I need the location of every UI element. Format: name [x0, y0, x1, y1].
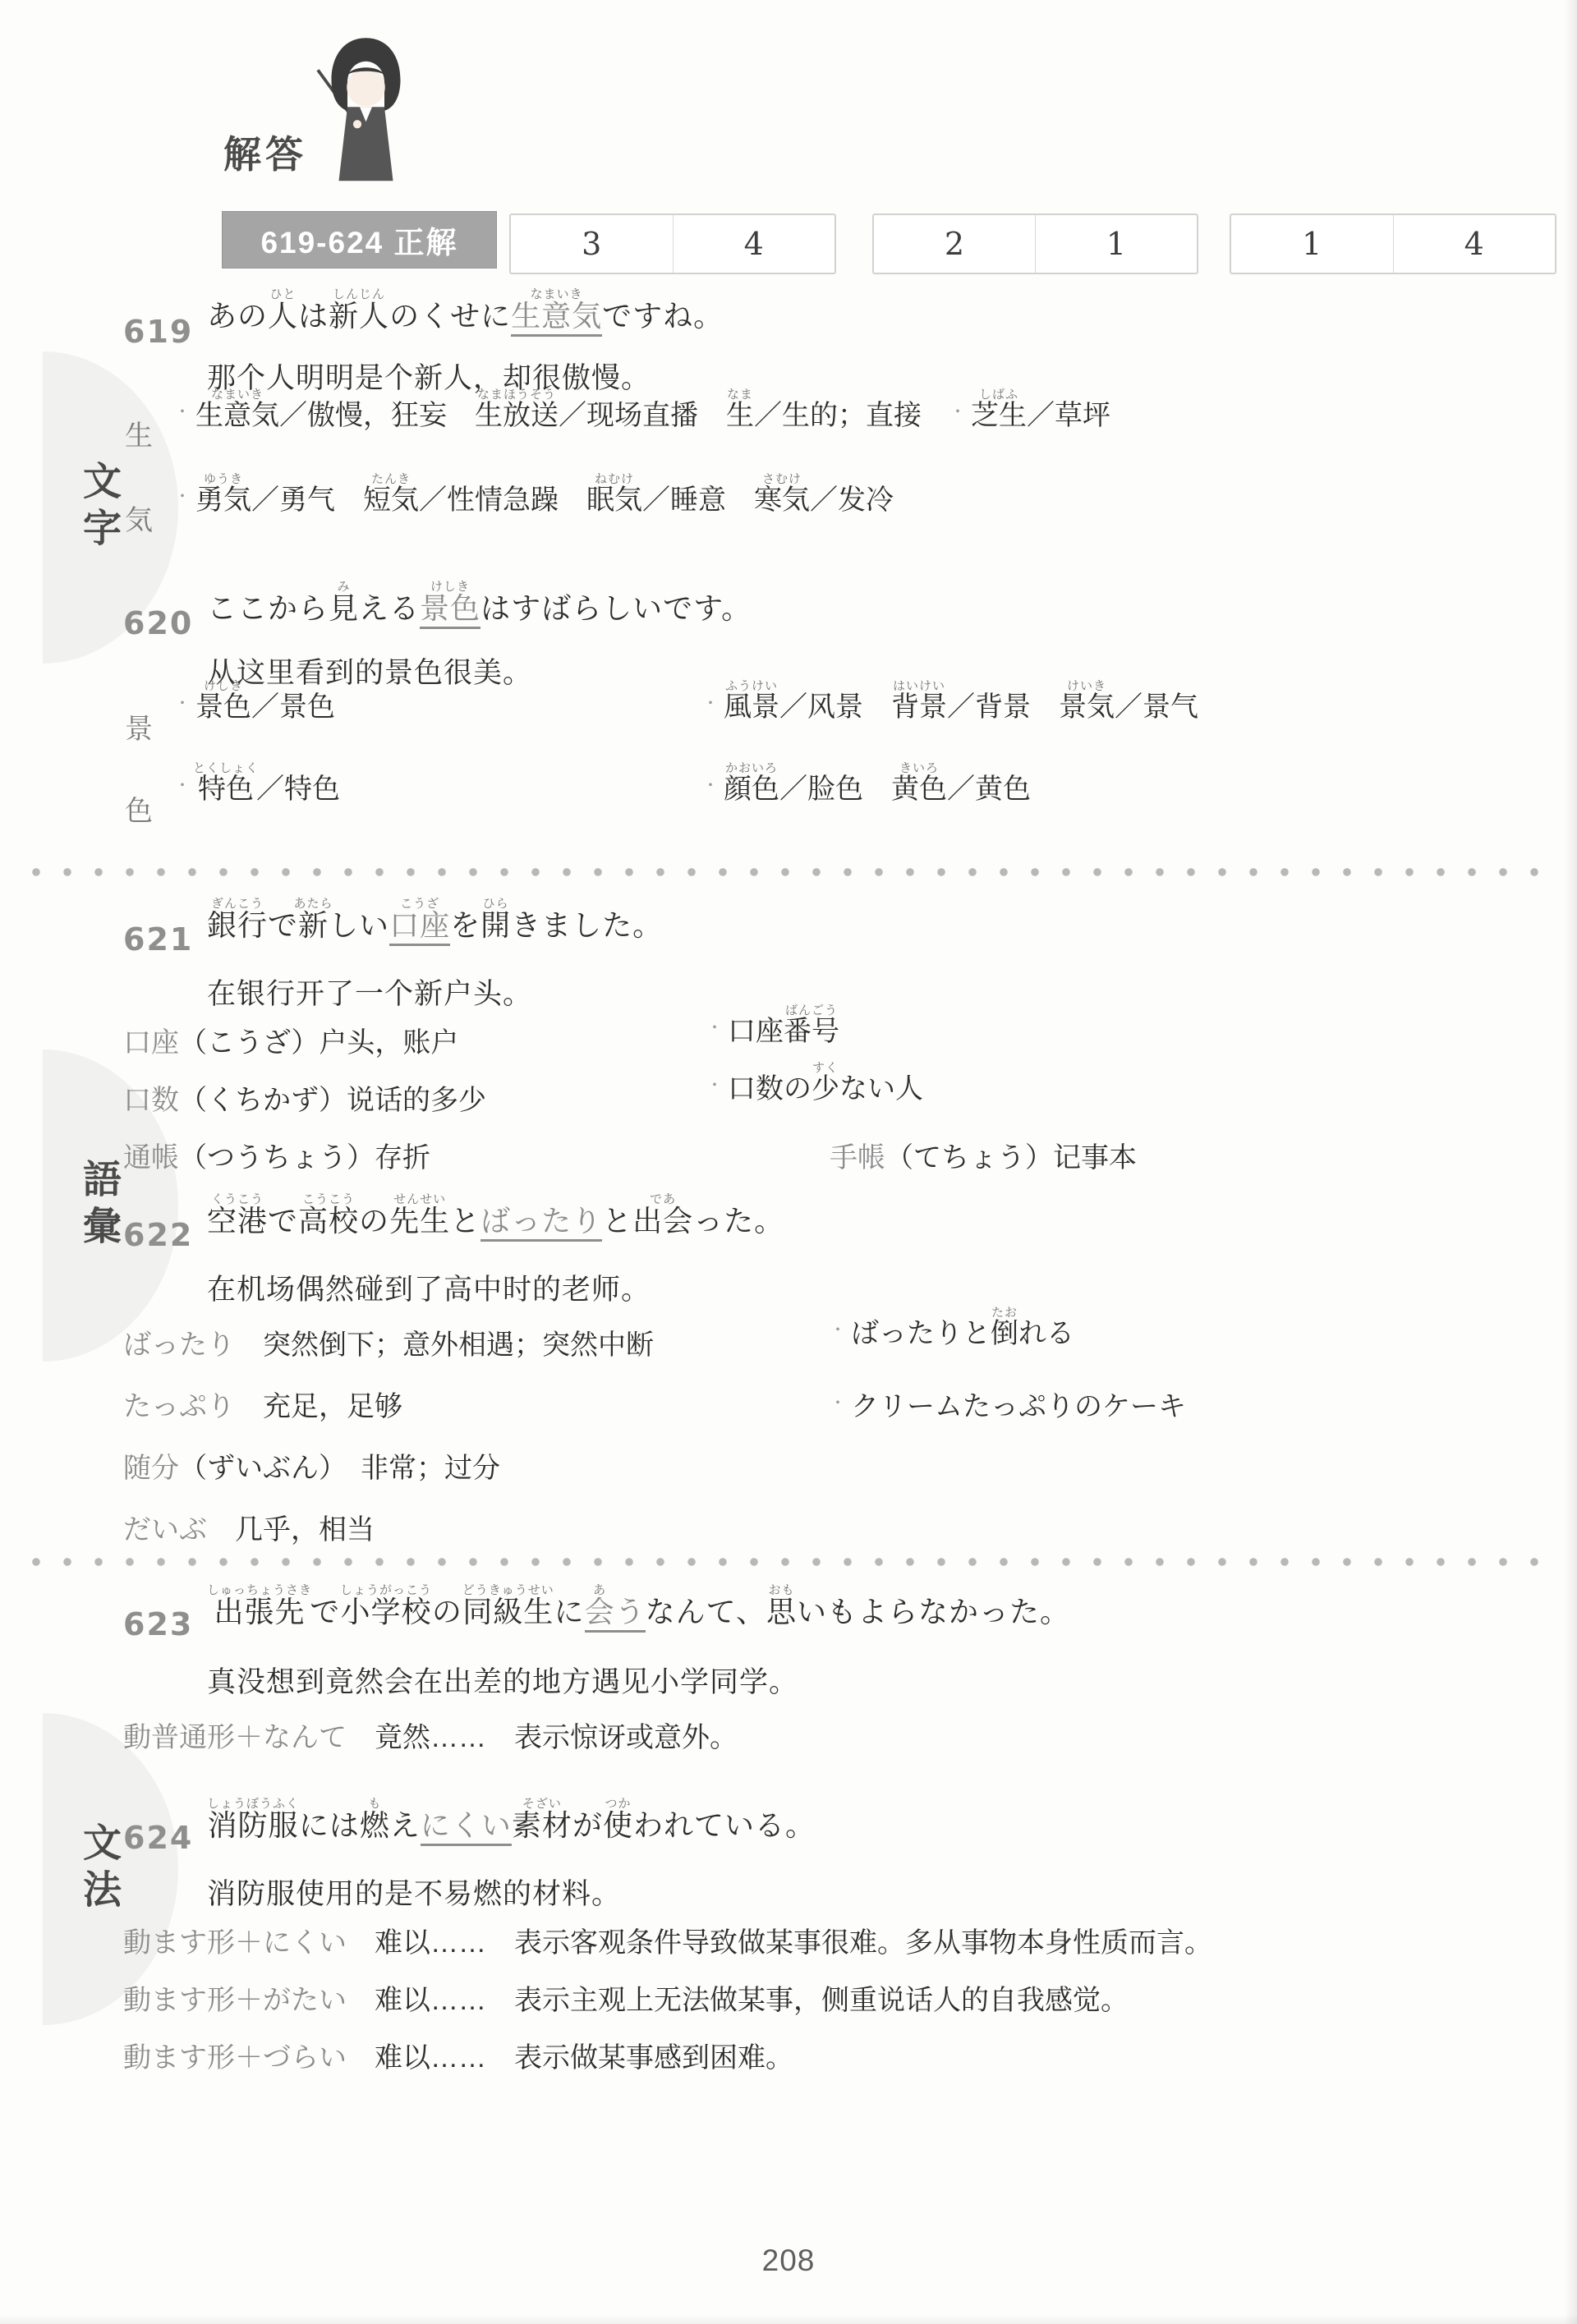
question-sentence: ここから見みえる景色けしきはすばらしいです。: [207, 580, 752, 626]
grammar-line: 動ます形＋にくい 难以…… 表示客观条件导致做某事很难。多从事物本身性质而言。: [123, 1927, 1212, 1960]
question-sentence: 銀行ぎんこうで新あたらしい口座こうざを開ひらきました。: [207, 897, 663, 943]
vocab-line: ・顔色かおいろ／脸色 黄色きいろ／黄色: [702, 761, 1031, 806]
question-number: 620: [123, 605, 193, 641]
vocab-line: 口座（こうざ）户头，账户: [123, 1027, 458, 1060]
answer-cell: 2: [874, 215, 1035, 273]
question-number: 622: [123, 1217, 193, 1253]
question-translation: 在银行开了一个新户头。: [207, 977, 532, 1012]
vocab-line: ・勇気ゆうき／勇气 短気たんき／性情急躁 眠気ねむけ／睡意 寒気さむけ／发冷: [174, 472, 894, 517]
question-number: 624: [123, 1820, 193, 1856]
answer-cell: 3: [511, 215, 673, 273]
grammar-line: 動ます形＋がたい 难以…… 表示主观上无法做某事，侧重说话人的自我感觉。: [123, 1984, 1129, 2018]
question-sentence: 消防服しょうぼうふくには燃もえにくい素材そざいが使つかわれている。: [207, 1797, 816, 1843]
vocab-line: 随分（ずいぶん） 非常；过分: [123, 1452, 500, 1486]
answer-cell: 1: [1035, 215, 1197, 273]
vocab-example: 手帳（てちょう）记事本: [830, 1141, 1137, 1175]
page-number: 208: [0, 2244, 1577, 2278]
teacher-avatar-icon: [310, 33, 421, 182]
sidebar-tab-bunpou: 文法: [43, 1713, 178, 2025]
question-translation: 在机场偶然碰到了高中时的老师。: [207, 1273, 651, 1307]
vocab-row-head: 生: [125, 413, 153, 453]
question-sentence: あの人ひとは新人しんじんのくせに生意気なまいきですね。: [207, 287, 724, 333]
answer-cell: 4: [673, 215, 835, 273]
question-sentence: 出張先しゅっちょうさきで小学校しょうがっこうの同級生どうきゅうせいに会あうなんて…: [207, 1583, 1070, 1629]
answer-cell: 1: [1231, 215, 1393, 273]
page-edge-shadow: [0, 2314, 1577, 2324]
answer-box-pair: 1 4: [1230, 214, 1556, 274]
grammar-line: 動ます形＋づらい 难以…… 表示做某事感到困难。: [123, 2042, 793, 2075]
vocab-example: ・口座番号ばんごう: [706, 1004, 839, 1049]
vocab-line: たっぷり 充足，足够: [123, 1390, 402, 1424]
question-translation: 消防服使用的是不易燃的材料。: [207, 1877, 621, 1912]
question-number: 619: [123, 314, 193, 350]
dotted-separator: [31, 867, 1549, 877]
answer-cell: 4: [1393, 215, 1556, 273]
vocab-example: ・クリームたっぷりのケーキ: [830, 1390, 1186, 1424]
sidebar-tab-label: 文字: [72, 461, 127, 554]
textbook-answer-page: 文字 語彙 文法 解答 619-624 正解 3 4 2 1 1 4 619 あ…: [0, 0, 1577, 2324]
answer-range-label: 619-624 正解: [222, 211, 497, 269]
answer-section-title: 解答: [223, 125, 307, 179]
answer-box-pair: 3 4: [509, 214, 836, 274]
vocab-line: ばったり 突然倒下；意外相遇；突然中断: [123, 1329, 654, 1362]
vocab-line: だいぶ 几乎，相当: [123, 1513, 375, 1547]
answer-box-pair: 2 1: [872, 214, 1198, 274]
page-edge-shadow: [1564, 0, 1577, 2324]
question-translation: 真没想到竟然会在出差的地方遇见小学同学。: [207, 1665, 798, 1700]
vocab-row-head: 景: [125, 706, 153, 746]
dotted-separator: [31, 1557, 1549, 1567]
sidebar-tab-label: 語彙: [72, 1159, 127, 1252]
grammar-line: 動普通形＋なんて 竟然…… 表示惊讶或意外。: [123, 1721, 738, 1755]
vocab-row-head: 気: [125, 498, 153, 538]
vocab-example: ・ばったりと倒たおれる: [830, 1306, 1074, 1351]
question-sentence: 空港くうこうで高校こうこうの先生せんせいとばったりと出会であった。: [207, 1192, 784, 1238]
question-number: 621: [123, 921, 193, 958]
vocab-line: 口数（くちかず）说话的多少: [123, 1084, 486, 1118]
sidebar-tab-label: 文法: [72, 1822, 127, 1916]
vocab-line: ・景色けしき／景色: [174, 679, 335, 724]
vocab-row-head: 色: [125, 788, 153, 829]
vocab-line: ・生意気なまいき／傲慢，狂妄 生放送なまほうそう／现场直播 生なま／生的；直接 …: [174, 388, 1110, 433]
question-number: 623: [123, 1606, 193, 1642]
vocab-line: ・特色とくしょく／特色: [174, 761, 340, 806]
vocab-example: ・口数の少すくない人: [706, 1061, 923, 1106]
vocab-line: 通帳（つうちょう）存折: [123, 1141, 430, 1175]
vocab-line: ・風景ふうけい／风景 背景はいけい／背景 景気けいき／景气: [702, 679, 1198, 724]
